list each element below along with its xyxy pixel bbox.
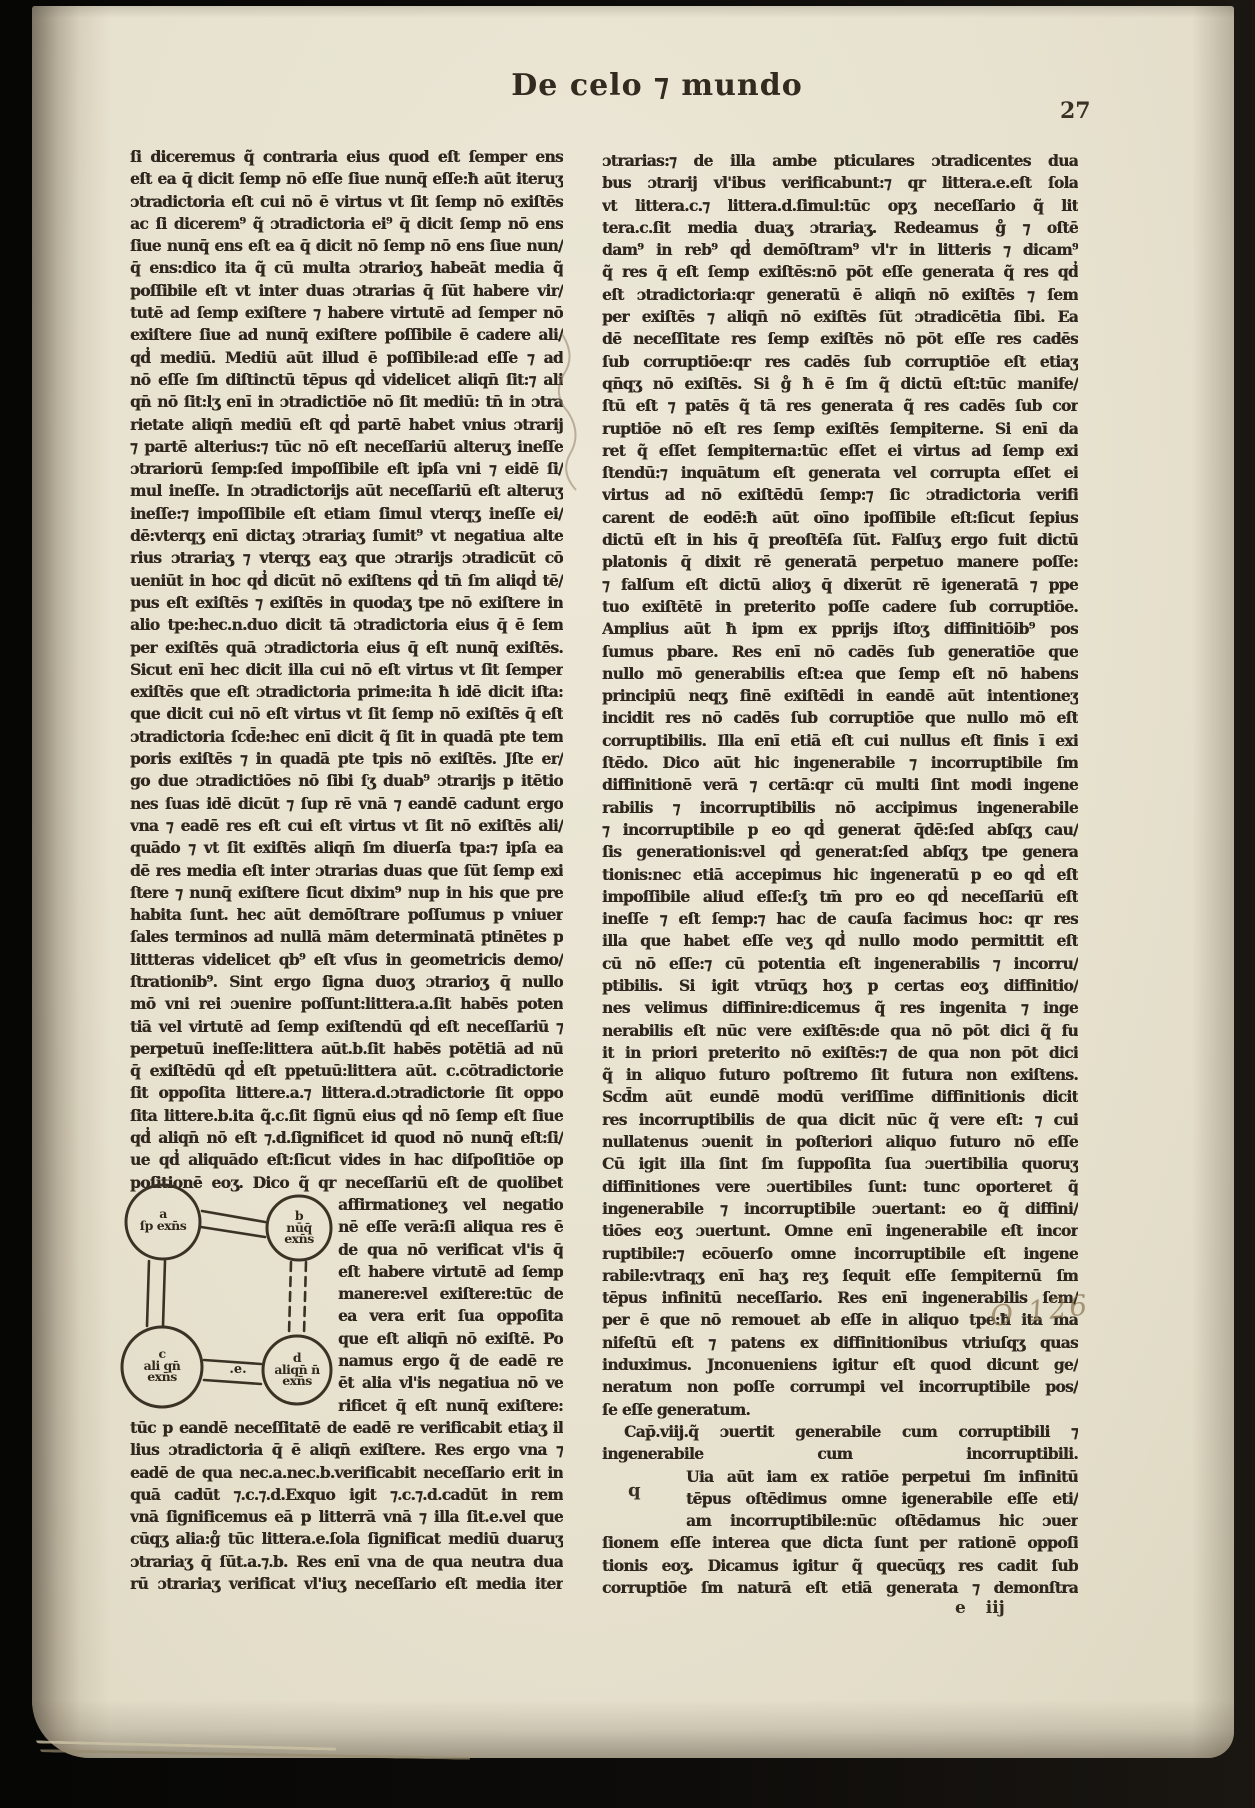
text-line: nē eſſe verā:ſi aliqua res ē: [338, 1216, 563, 1238]
text-line: q̃ in aliquo futuro poſtremo ſit futura …: [602, 1064, 1078, 1086]
text-line: nifeſtū eſt ⁊ patens ex diffinitionibus …: [602, 1332, 1078, 1354]
text-line: tiōes eoʒ ɔuertunt. Omne enī ingenerabil…: [602, 1220, 1078, 1242]
text-line: ſtendū:⁊ inquātum eſt generata vel corru…: [602, 462, 1078, 484]
text-line: ſita littere.b.ita q̃.c.ſit ſignū eius q…: [130, 1105, 563, 1127]
text-line: eſt habere virtutē ad ſemp: [338, 1261, 563, 1283]
text-line: vna ⁊ eadē res eſt cui eſt virtus vt ſit…: [130, 815, 563, 837]
text-line: nullo mō generabilis eſt:ea que ſemp eſt…: [602, 663, 1078, 685]
text-line: ruptibile:⁊ ecōuerſo omne incorruptibile…: [602, 1243, 1078, 1265]
book-page: De celo ⁊ mundo 27 ſi diceremus q̃ contr…: [32, 6, 1234, 1758]
text-line: ſp exn̄s: [124, 1220, 202, 1232]
text-line: ret q̃ eſſet ſempiterna:tūc eſſet ei vir…: [602, 440, 1078, 462]
text-line: ſe eſſe generatum.: [602, 1399, 1078, 1421]
running-header: De celo ⁊ mundo: [487, 68, 827, 103]
text-line: qd̓ mediū. Mediū aūt illud ē poſſibile:a…: [130, 347, 563, 369]
scanned-book-photo: De celo ⁊ mundo 27 ſi diceremus q̃ contr…: [0, 0, 1255, 1808]
text-line: per exiſtēs quā ɔtradictoria eius q̄ eſt…: [130, 637, 563, 659]
text-line: nes ſuas idē dicūt ⁊ ſup rē vnā ⁊ eandē …: [130, 793, 563, 815]
text-line: perpetuū ineſſe:littera aūt.b.ſit habēs …: [130, 1038, 563, 1060]
text-line: q̃ res q̄ eſt ſemp exiſtēs:nō pōt eſſe g…: [602, 261, 1078, 283]
text-line: dam⁹ in reb⁹ qd̓ demōſtram⁹ vl'r in litt…: [602, 239, 1078, 261]
text-line: pus eſt exiſtēs ⁊ exiſtēs in quodaʒ tpe …: [130, 592, 563, 614]
text-line: mul ineſſe. In ɔtradictorijs aūt neceſſa…: [130, 480, 563, 502]
text-line: habita ſunt. hec aūt demōſtrare poſſumus…: [130, 904, 563, 926]
text-line: am incorruptibile:nūc oſtēdamus hic ɔuer: [602, 1510, 1078, 1532]
text-line: q̄ exiſtēdū qd̓ eſt ppetuū:littera aūt. …: [130, 1060, 563, 1082]
diagram-edge-label: .e.: [218, 1362, 258, 1377]
left-column-bottom-block: tūc p eandē neceſſitatē de eadē re verif…: [130, 1417, 563, 1595]
initial-guide-letter: q: [628, 1480, 641, 1501]
text-line: exiſtere ſiue ad nunq̄ exiſtere poſſibil…: [130, 324, 563, 346]
text-line: ea vera erit ſua oppoſita: [338, 1305, 563, 1327]
new-paragraph-indented-block: Uia aūt iam ex ratiōe perpetui ſm infini…: [602, 1466, 1078, 1533]
text-line: corruptiōe ſm naturā eſt etiā generata ⁊…: [602, 1577, 1078, 1599]
text-line: ueniūt in hoc qd̓ dicūt nō exiſtens qd̓ …: [130, 570, 563, 592]
text-line: qd̓ aliqn̄ nō eſt ⁊.d.ſignificet id quod…: [130, 1127, 563, 1149]
text-line: ſtrationib⁹. Sint ergo ſigna duoʒ ɔtrari…: [130, 971, 563, 993]
right-column: ɔtrarias:⁊ de illa ambe pticulares ɔtrad…: [602, 150, 1078, 1599]
text-line: tionis:nec etiā accepimus hic ingeneratū…: [602, 864, 1078, 886]
diagram-node-b-label: bnūq̄exn̄s: [264, 1210, 334, 1245]
diagram-node-c-label: cali qn̄exn̄s: [124, 1348, 200, 1383]
text-line: go due ɔtradictiōes nō ſibi ſʒ duab⁹ ɔtr…: [130, 770, 563, 792]
text-line: incidit res nō cadēs ſub corruptiōe que …: [602, 707, 1078, 729]
text-line: q̄ ens:dico ita q̃ cū multa ɔtrarioʒ hab…: [130, 257, 563, 279]
text-line: bus ɔtrarij vl'ibus verificabunt:⁊ qr li…: [602, 172, 1078, 194]
text-line: ſtū eſt ⁊ patēs q̃ tā res generata q̃ re…: [602, 395, 1078, 417]
text-line: rabile:vtraqʒ enī haʒ reʒ ſequit eſſe ſe…: [602, 1265, 1078, 1287]
text-line: ſit oppoſita littere.a.⁊ littera.d.ɔtrad…: [130, 1082, 563, 1104]
text-line: carent de eodē:ħ aūt oīno ipoſſibile eſt…: [602, 507, 1078, 529]
text-line: tēpus oſtēdimus omne igenerabile eſſe et…: [602, 1488, 1078, 1510]
text-line: dē res media eſt inter ɔtrarias duas que…: [130, 860, 563, 882]
text-line: quādo ⁊ vt ſit exiſtēs aliqn̄ ſm diuerſa…: [130, 837, 563, 859]
text-line: platonis q̄ dixit rē generatā perpetuo m…: [602, 551, 1078, 573]
text-line: Sicut enī hec dicit illa cui nō eſt virt…: [130, 659, 563, 681]
text-line: it in priori preterito nō exiſtēs:⁊ de q…: [602, 1042, 1078, 1064]
text-line: nullatenus ɔuenit in poſteriori aliquo f…: [602, 1131, 1078, 1153]
text-line: ſi diceremus q̃ contraria eius quod eſt …: [130, 146, 563, 168]
text-line: qn̄ nō ſit:lʒ enī in ɔtradictiōe nō ſit …: [130, 391, 563, 413]
text-line: manere:vel exiſtere:tūc de: [338, 1283, 563, 1305]
text-line: poris exiſtēs ⁊ in quadā pte tpis nō exi…: [130, 748, 563, 770]
text-line: ingenerabile cum incorruptibili.: [602, 1443, 1078, 1465]
text-line: Uia aūt iam ex ratiōe perpetui ſm infini…: [602, 1466, 1078, 1488]
text-line: nerabilis eſt nūc vere exiſtēs:de qua nō…: [602, 1020, 1078, 1042]
text-line: neratum non poſſe corrumpi vel incorrupt…: [602, 1376, 1078, 1398]
text-line: ɔtradictoria ſcd̄e:hec enī dicit q̃ ſit …: [130, 726, 563, 748]
text-line: quā cadūt ⁊.c.⁊.d.Exquo igit ⁊.c.⁊.d.cad…: [130, 1484, 563, 1506]
text-line: affirmationeʒ vel negatio: [338, 1194, 563, 1216]
text-line: ineſſe:⁊ impoſſibile eſt etiam ſimul vte…: [130, 503, 563, 525]
text-line: que dicit cui nō eſt virtus vt ſit ſemp …: [130, 703, 563, 725]
marginal-squiggle: [550, 332, 580, 522]
text-line: exn̄s: [264, 1233, 334, 1245]
text-line: induximus. Jnconueniens igitur eſt quod …: [602, 1354, 1078, 1376]
text-line: nes velimus diffinire:dicemus q̃ res ing…: [602, 997, 1078, 1019]
text-line: ēt alia vl'is negatiua nō ve: [338, 1372, 563, 1394]
text-line: tūc p eandē neceſſitatē de eadē re verif…: [130, 1417, 563, 1439]
text-line: exn̄s: [262, 1375, 332, 1387]
text-line: ſtere ⁊ nunq̄ exiſtere ſicut dixim⁹ nup …: [130, 882, 563, 904]
text-line: ſtēdo. Dico aūt hic ingenerabile ⁊ incor…: [602, 752, 1078, 774]
text-line: que eſt aliqn̄ nō exiſtē. Po: [338, 1328, 563, 1350]
text-line: namus ergo q̃ de eadē re: [338, 1350, 563, 1372]
text-line: dē:vterqʒ enī dictaʒ ɔtrariaʒ ſumit⁹ vt …: [130, 525, 563, 547]
right-column-body: ɔtrarias:⁊ de illa ambe pticulares ɔtrad…: [602, 150, 1078, 1399]
text-line: ſis generationis:vel qd̓ generat:ſed abſ…: [602, 841, 1078, 863]
quire-signature: e iij: [955, 1598, 1005, 1618]
text-line: de qua nō verificat vl'is q̄: [338, 1239, 563, 1261]
text-line: virtus ad nō exiſtēdū ſemp:⁊ ſic ɔtradic…: [602, 484, 1078, 506]
text-line: ue qd̓ aliquādo eſt:ſicut vides in hac d…: [130, 1149, 563, 1171]
text-line: ⁊ partē alterius:⁊ tūc nō eſt neceſſariū…: [130, 436, 563, 458]
text-line: ɔtrariaʒ q̄ ſūt.a.⁊.b. Res enī vna de qu…: [130, 1551, 563, 1573]
text-line: Amplius aūt ħ ipm ex pprijs iſtoʒ diffin…: [602, 618, 1078, 640]
chapter-heading: Cap̄.viij.q̃ ɔuertit generabile cum corr…: [602, 1421, 1078, 1466]
text-line: ineſſe ⁊ eſt ſemp:⁊ hac de cauſa facimus…: [602, 908, 1078, 930]
text-line: Scd̄m aūt eundē modū veriſſime diffiniti…: [602, 1086, 1078, 1108]
text-line: corruptibilis. Illa enī etiā eſt cui nul…: [602, 730, 1078, 752]
text-line: ſumus pbare. Res enī nō cadēs ſub genera…: [602, 641, 1078, 663]
text-line: tiā vel virtutē ad ſemp exiſtendū qd̓ eſ…: [130, 1016, 563, 1038]
text-line: rū ɔtrariaʒ verificat vl'iuʒ neceſſario …: [130, 1573, 563, 1595]
text-line: diffinitionē verā ⁊ certā:qr cū multi ſi…: [602, 774, 1078, 796]
text-line: cūqʒ alia:g̊ tūc littera.e.ſola ſignific…: [130, 1528, 563, 1550]
text-line: vnā ſignificemus eā p litterrā vnā ⁊ ill…: [130, 1506, 563, 1528]
text-line: ptibilis. Si igit vtrūqʒ hoʒ p certas eo…: [602, 975, 1078, 997]
text-line: lius ɔtradictoria q̄ ē aliqn̄ exiſtere. …: [130, 1439, 563, 1461]
text-line: illa que habet eſſe veʒ qd̓ nullo modo p…: [602, 930, 1078, 952]
diagram-node-a-label: aſp exn̄s: [124, 1208, 202, 1231]
text-line: ɔtradictoria eſt cui nō ē virtus vt ſit …: [130, 191, 563, 213]
text-line: eſt ea q̄ dicit ſemp nō eſſe ſiue nunq̄ …: [130, 168, 563, 190]
text-line: cū nō eſſe:⁊ cū potentia eſt ingenerabil…: [602, 953, 1078, 975]
text-line: Cū igit illa ſint ſm ſuppoſita ſua ɔuert…: [602, 1153, 1078, 1175]
text-line: dē neceſſitate res ſemp exiſtēs nō pōt e…: [602, 328, 1078, 350]
text-line: alio tpe:hec.n.duo dicit tā ɔtradictoria…: [130, 614, 563, 636]
text-line: principiū neqʒ finē exiſtēdi in eandē aū…: [602, 685, 1078, 707]
text-line: rabilis ⁊ incorruptibilis nō accipimus i…: [602, 797, 1078, 819]
text-line: tutē ad ſemp exiſtere ⁊ habere virtutē a…: [130, 302, 563, 324]
text-line: res incorruptibilis de qua dicit nūc q̃ …: [602, 1109, 1078, 1131]
text-line: ɔtrariorū ſemp:ſed impoſſibile eſt ipſa …: [130, 458, 563, 480]
text-line: exn̄s: [124, 1371, 200, 1383]
text-line: rietate aliqn̄ mediū eſt qd̓ partē habet…: [130, 414, 563, 436]
text-line: ɔtrarias:⁊ de illa ambe pticulares ɔtrad…: [602, 150, 1078, 172]
text-line: ingenerabile ⁊ incorruptibile ɔuertant: …: [602, 1198, 1078, 1220]
text-line: exiſtēs que eſt ɔtradictoria prime:ita ħ…: [130, 681, 563, 703]
text-line: poſſibile eſt vt inter duas ɔtrarias q̄ …: [130, 280, 563, 302]
text-line: nō eſſe ſm diſtinctū tēpus qd̓ videlicet…: [130, 369, 563, 391]
text-line: rificet q̄ eſt nunq̄ exiſtere:: [338, 1395, 563, 1417]
text-line: ac ſi dicerem⁹ q̃ ɔtradictoria ei⁹ q̄ di…: [130, 213, 563, 235]
paragraph-end-line: ſe eſſe generatum.: [602, 1399, 1078, 1421]
text-line: ruptiōe nō eſt res ſemp exiſtēs ſempiter…: [602, 418, 1078, 440]
text-line: qn̄qʒ nō exiſtēs. Si g̊ ħ ē ſm q̃ dictū …: [602, 373, 1078, 395]
text-line: ſales terminos ad nullā mām determinatā …: [130, 926, 563, 948]
text-line: tionis eoʒ. Dicamus igitur q̃ quecūqʒ re…: [602, 1555, 1078, 1577]
text-line: eadē de qua nec.a.nec.b.verificabit nece…: [130, 1462, 563, 1484]
text-line: tera.c.ſit media duaʒ ɔtrariaʒ. Redeamus…: [602, 217, 1078, 239]
left-column-top-block: ſi diceremus q̃ contraria eius quod eſt …: [130, 146, 563, 1194]
text-line: Cap̄.viij.q̃ ɔuertit generabile cum corr…: [602, 1421, 1078, 1443]
text-line: littteras videlicet qb⁹ eſt vſus in geom…: [130, 949, 563, 971]
text-line: impoſſibile aliud eſſe:ſʒ tm̄ pro eo qd̓…: [602, 886, 1078, 908]
text-line: tuo exiſtētē in preterito poſſe cadere ſ…: [602, 596, 1078, 618]
text-line: ſionem eſſe interea que dicta ſunt per r…: [602, 1532, 1078, 1554]
diagram-node-d-label: daliqn̄ n̄exn̄s: [262, 1352, 332, 1387]
text-line: ſiue nunq̄ ens eſt ea q̄ dicit nō ſemp n…: [130, 235, 563, 257]
text-line: per exiſtēs ⁊ aliqn̄ nō exiſtēs ſūt ɔtra…: [602, 306, 1078, 328]
text-line: vt littera.c.⁊ littera.d.ſimul:tūc opʒ n…: [602, 195, 1078, 217]
text-line: mō vni rei ɔuenire poſſunt:littera.a.ſit…: [130, 993, 563, 1015]
text-line: dictū eſt in his q̄ preoſtēſa ſūt. Falſu…: [602, 529, 1078, 551]
page-number: 27: [1060, 98, 1091, 124]
text-line: ſub corruptiōe:qr res cadēs ſub corrupti…: [602, 351, 1078, 373]
new-paragraph-full-block: ſionem eſſe interea que dicta ſunt per r…: [602, 1532, 1078, 1599]
text-line: diffinitiones vere ɔuertibiles ſunt: tun…: [602, 1176, 1078, 1198]
text-line: rius ɔtrariaʒ ⁊ vterqʒ eaʒ que ɔtrarijs …: [130, 547, 563, 569]
text-line: ⁊ incorruptibile p eo qd̓ generat q̄dē:ſ…: [602, 819, 1078, 841]
text-line: ⁊ falſum eſt dictū alioʒ q̄ dixerūt rē i…: [602, 574, 1078, 596]
text-line: eſt ɔtradictoria:qr generatū ē aliqn̄ nō…: [602, 284, 1078, 306]
